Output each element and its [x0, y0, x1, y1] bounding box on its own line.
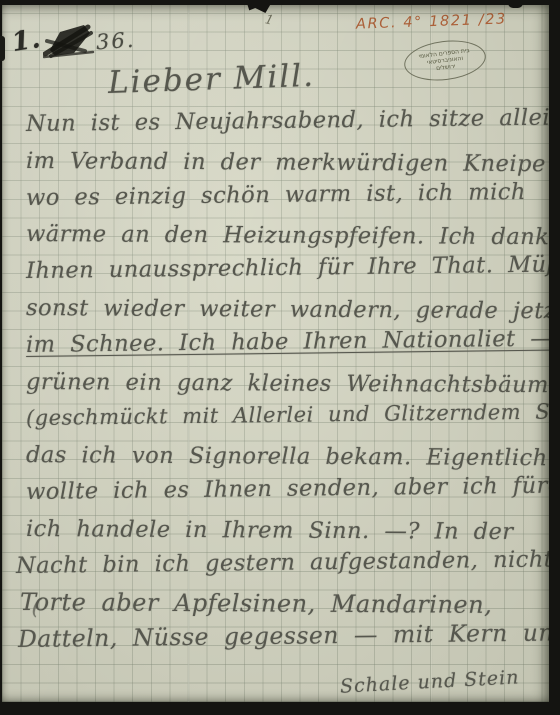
handwritten-line: Nun ist es Neujahrsabend, ich sitze alle… — [26, 100, 543, 143]
date-year: 36. — [95, 28, 136, 55]
letter-body: Nun ist es Neujahrsabend, ich sitze alle… — [26, 106, 543, 658]
handwritten-line: wollte ich es Ihnen senden, aber ich für… — [26, 468, 543, 511]
handwritten-line: wo es einzig schön warm ist, ich mich — [26, 173, 543, 216]
postscript-addition: Schale und Stein — [340, 666, 520, 697]
scan-edge-nub — [508, 0, 523, 8]
handwritten-line: im Schnee. Ich habe Ihren Nationaliet — — [26, 320, 543, 363]
handwritten-line: (geschmückt mit Allerlei und Glitzerndem… — [26, 394, 543, 437]
scan-edge-blob — [0, 36, 5, 61]
date-scribble-blackout — [43, 23, 95, 59]
letter-scan: 1. 36. 1 ARC. 4° 1821 /23 בית הספרים הלא… — [0, 0, 560, 715]
handwritten-line: Ihnen unaussprechlich für Ihre That. Müß… — [26, 247, 543, 290]
salutation: Lieber Mill. — [107, 50, 549, 101]
page-number-mark: 1 — [263, 12, 275, 29]
handwritten-line: Datteln, Nüsse gegessen — mit Kern und — [18, 615, 543, 658]
letter-content: 1. 36. 1 ARC. 4° 1821 /23 בית הספרים הלא… — [2, 5, 549, 702]
archive-shelfmark: ARC. 4° 1821 /23 — [356, 11, 507, 32]
squared-paper: 1. 36. 1 ARC. 4° 1821 /23 בית הספרים הלא… — [2, 5, 549, 702]
handwritten-line: Nacht bin ich gestern aufgestanden, nich… — [16, 541, 543, 584]
date-line: 1. 36. — [12, 23, 136, 59]
date-day: 1. — [10, 24, 43, 58]
